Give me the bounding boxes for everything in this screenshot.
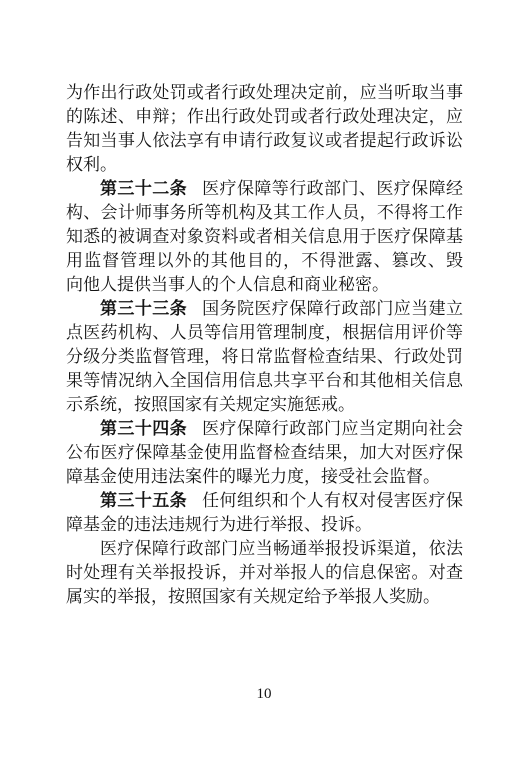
text-line: 用监督管理以外的其他目的，不得泄露、篡改、毁损、非法 [66, 249, 463, 273]
text-line: 权利。 [66, 153, 463, 177]
text-line: 时处理有关举报投诉，并对举报人的信息保密。对查证 [66, 561, 463, 585]
text-line: 属实的举报，按照国家有关规定给予举报人奖励。 [66, 585, 463, 609]
text-line: 分级分类监督管理，将日常监督检查结果、行政处罚结 [66, 345, 463, 369]
line-text: 障基金使用违法案件的曝光力度，接受社会监督。 [66, 467, 440, 486]
line-text: 医疗保障行政部门应当畅通举报投诉渠道，依法及 [66, 539, 463, 561]
text-line: 构、会计师事务所等机构及其工作人员，不得将工作中获取、 [66, 201, 463, 225]
article-number: 第三十四条 [100, 419, 187, 438]
text-line: 的陈述、申辩；作出行政处罚或者行政处理决定，应当 [66, 105, 463, 129]
line-text: 果等情况纳入全国信用信息共享平台和其他相关信息公 [66, 371, 463, 393]
line-text: 的陈述、申辩；作出行政处罚或者行政处理决定，应当 [66, 107, 463, 129]
text-line: 知悉的被调查对象资料或者相关信息用于医疗保障基金使 [66, 225, 463, 249]
text-line: 医疗保障行政部门应当畅通举报投诉渠道，依法及 [66, 537, 463, 561]
line-text: 用监督管理以外的其他目的，不得泄露、篡改、毁损、非法 [66, 251, 463, 273]
line-text: 障基金的违法违规行为进行举报、投诉。 [66, 515, 372, 534]
line-text: 为作出行政处罚或者行政处理决定前，应当听取当事人 [66, 83, 463, 105]
line-text: 分级分类监督管理，将日常监督检查结果、行政处罚结 [66, 347, 463, 369]
text-line: 第三十三条国务院医疗保障行政部门应当建立定 [66, 297, 463, 321]
line-text: 知悉的被调查对象资料或者相关信息用于医疗保障基金使 [66, 227, 463, 249]
line-text: 告知当事人依法享有申请行政复议或者提起行政诉讼的 [66, 131, 463, 153]
article-number: 第三十五条 [100, 491, 187, 510]
text-line: 为作出行政处罚或者行政处理决定前，应当听取当事人 [66, 81, 463, 105]
line-text: 构、会计师事务所等机构及其工作人员，不得将工作中获取、 [66, 203, 463, 225]
page-number: 10 [0, 685, 528, 703]
line-text: 示系统，按照国家有关规定实施惩戒。 [66, 395, 355, 414]
text-line: 障基金使用违法案件的曝光力度，接受社会监督。 [66, 465, 463, 489]
line-text: 任何组织和个人有权对侵害医疗保 [202, 491, 463, 510]
text-line: 点医药机构、人员等信用管理制度，根据信用评价等级 [66, 321, 463, 345]
article-number: 第三十三条 [100, 299, 187, 318]
line-text: 医疗保障行政部门应当定期向社会 [202, 419, 463, 438]
line-text: 点医药机构、人员等信用管理制度，根据信用评价等级 [66, 323, 463, 345]
text-line: 向他人提供当事人的个人信息和商业秘密。 [66, 273, 463, 297]
document-page: 为作出行政处罚或者行政处理决定前，应当听取当事人的陈述、申辩；作出行政处罚或者行… [0, 0, 528, 767]
text-line: 第三十五条任何组织和个人有权对侵害医疗保 [66, 489, 463, 513]
line-text: 时处理有关举报投诉，并对举报人的信息保密。对查证 [66, 563, 463, 585]
text-line: 公布医疗保障基金使用监督检查结果，加大对医疗保 [66, 441, 463, 465]
text-line: 第三十二条医疗保障等行政部门、医疗保障经办机 [66, 177, 463, 201]
line-text: 向他人提供当事人的个人信息和商业秘密。 [66, 275, 389, 294]
line-text: 属实的举报，按照国家有关规定给予举报人奖励。 [66, 587, 440, 606]
line-text: 权利。 [66, 155, 117, 174]
text-line: 第三十四条医疗保障行政部门应当定期向社会 [66, 417, 463, 441]
text-line: 告知当事人依法享有申请行政复议或者提起行政诉讼的 [66, 129, 463, 153]
text-line: 果等情况纳入全国信用信息共享平台和其他相关信息公 [66, 369, 463, 393]
article-number: 第三十二条 [100, 179, 187, 198]
document-body: 为作出行政处罚或者行政处理决定前，应当听取当事人的陈述、申辩；作出行政处罚或者行… [66, 81, 463, 609]
line-text: 公布医疗保障基金使用监督检查结果，加大对医疗保 [66, 443, 463, 462]
text-line: 示系统，按照国家有关规定实施惩戒。 [66, 393, 463, 417]
text-line: 障基金的违法违规行为进行举报、投诉。 [66, 513, 463, 537]
